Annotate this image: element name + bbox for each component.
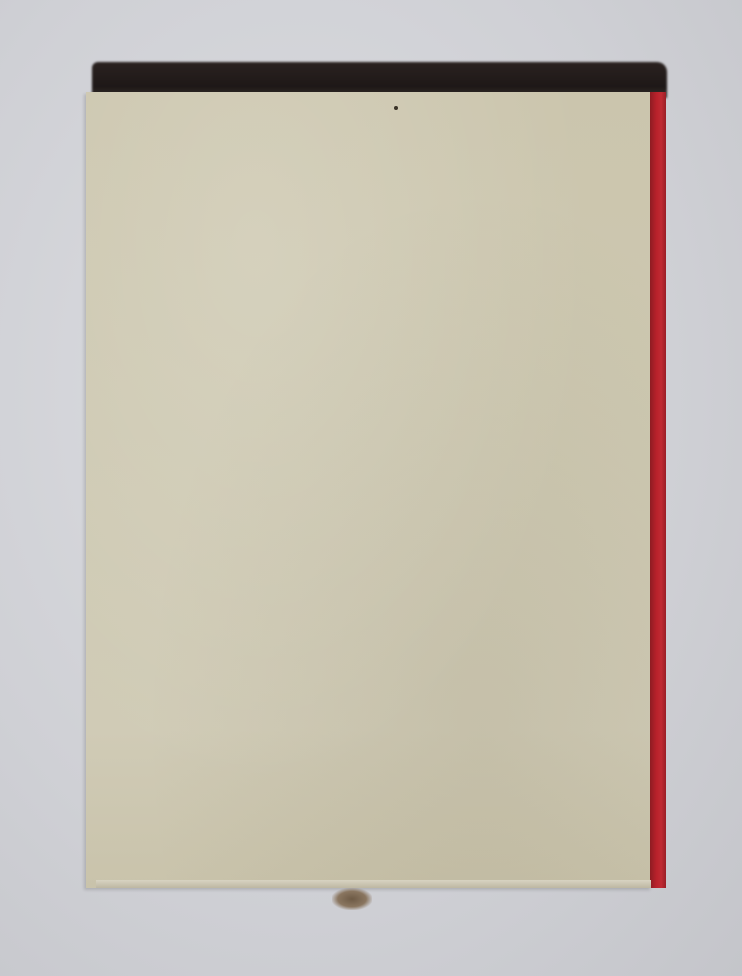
- cover-speck: [394, 106, 398, 110]
- page-edges: [96, 880, 651, 888]
- debris-spot: [332, 888, 372, 910]
- red-spine: [650, 92, 666, 888]
- book-back-cover: [86, 92, 652, 888]
